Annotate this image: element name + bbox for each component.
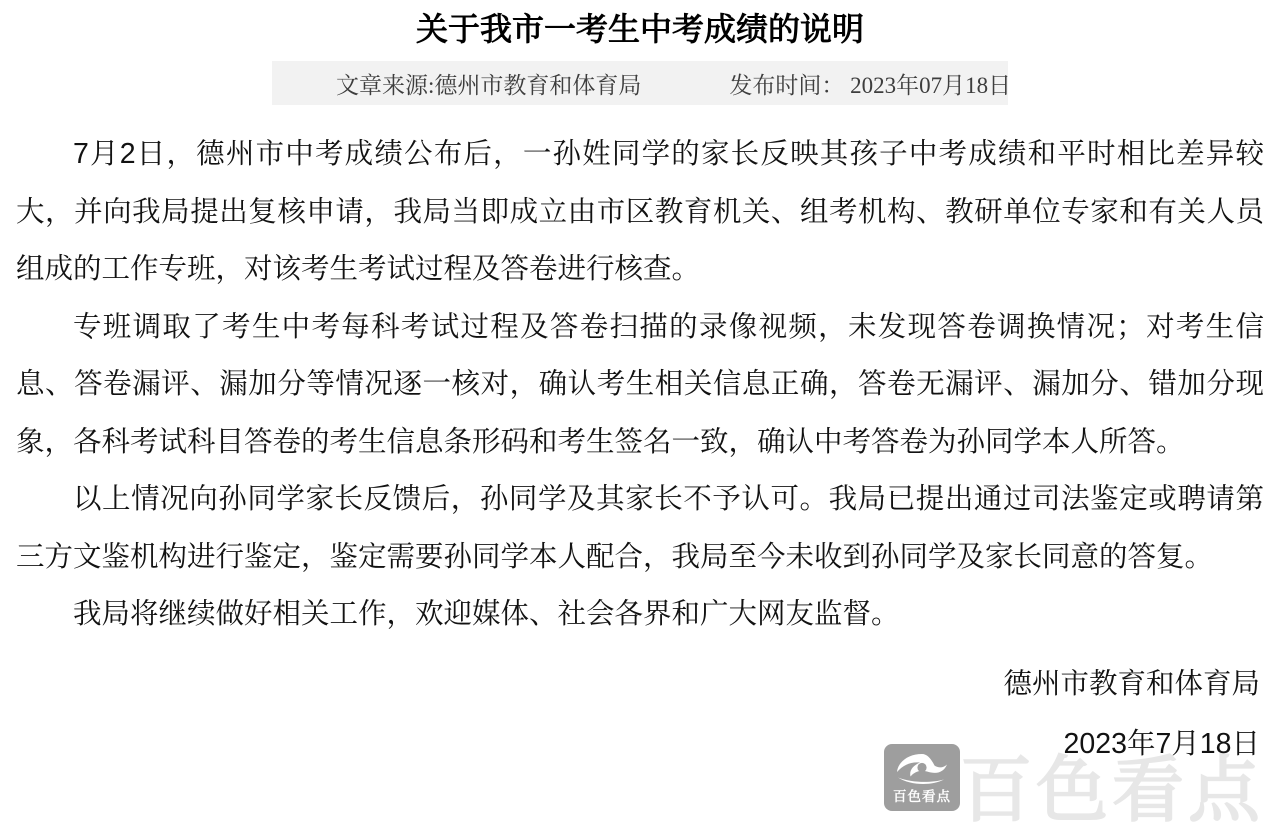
article-source: 文章来源:德州市教育和体育局 <box>336 67 641 100</box>
body-paragraph-1: 7月2日，德州市中考成绩公布后，一孙姓同学的家长反映其孩子中考成绩和平时相比差异… <box>16 126 1264 299</box>
body-paragraph-2: 专班调取了考生中考每科考试过程及答卷扫描的录像视频，未发现答卷调换情况；对考生信… <box>16 299 1264 472</box>
page-title: 关于我市一考生中考成绩的说明 <box>0 9 1280 49</box>
watermark-badge-label: 百色看点 <box>893 789 951 805</box>
signature-date: 2023年7月18日 <box>0 714 1260 774</box>
signature-block: 德州市教育和体育局 2023年7月18日 <box>0 654 1280 774</box>
signature-org: 德州市教育和体育局 <box>0 654 1260 714</box>
article-body: 7月2日，德州市中考成绩公布后，一孙姓同学的家长反映其孩子中考成绩和平时相比差异… <box>16 126 1264 644</box>
body-paragraph-3: 以上情况向孙同学家长反馈后，孙同学及其家长不予认可。我局已提出通过司法鉴定或聘请… <box>16 471 1264 586</box>
document-page: 关于我市一考生中考成绩的说明 文章来源:德州市教育和体育局 发布时间： 2023… <box>0 0 1280 835</box>
publish-time: 发布时间： 2023年07月18日 <box>729 67 1011 100</box>
body-paragraph-4: 我局将继续做好相关工作，欢迎媒体、社会各界和广大网友监督。 <box>16 586 1264 644</box>
meta-bar: 文章来源:德州市教育和体育局 发布时间： 2023年07月18日 <box>272 61 1008 105</box>
